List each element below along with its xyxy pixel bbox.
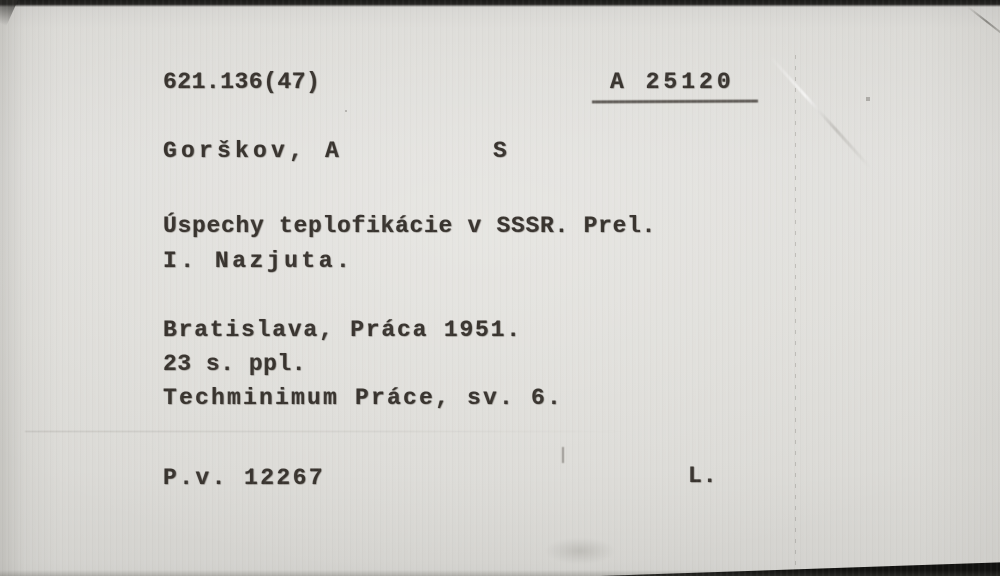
paper-smudge bbox=[545, 538, 615, 564]
series-line: Techminimum Práce, sv. 6. bbox=[163, 386, 563, 411]
title-line-1: Úspechy teplofikácie v SSSR. Prel. bbox=[163, 214, 656, 239]
stray-ink-mark bbox=[562, 447, 564, 463]
paper-crease-horizontal bbox=[25, 431, 625, 432]
paper-crease-diagonal bbox=[769, 55, 872, 168]
inventory-number: P.v. 12267 bbox=[163, 466, 325, 491]
scan-edge-bottom-shadow bbox=[0, 570, 1000, 576]
annotation-letter: L. bbox=[688, 464, 718, 489]
title-line-2: I. Nazjuta. bbox=[163, 249, 353, 274]
accession-number: A 25120 bbox=[610, 70, 735, 95]
imprint-line: Bratislava, Práca 1951. bbox=[163, 318, 522, 343]
paper-crease-corner bbox=[967, 6, 1000, 36]
author-initial: S bbox=[493, 139, 507, 164]
paper-specks bbox=[0, 0, 2, 2]
accession-underline bbox=[592, 100, 758, 104]
call-number: 621.136(47) bbox=[163, 70, 320, 95]
collation-line: 23 s. ppl. bbox=[163, 352, 306, 377]
paper-fold-line bbox=[795, 55, 796, 570]
author-name: Gorškov, A bbox=[163, 139, 343, 164]
catalog-card-scan: 621.136(47) A 25120 Gorškov, A S Úspechy… bbox=[0, 0, 1000, 576]
scan-edge-top bbox=[0, 0, 1000, 7]
